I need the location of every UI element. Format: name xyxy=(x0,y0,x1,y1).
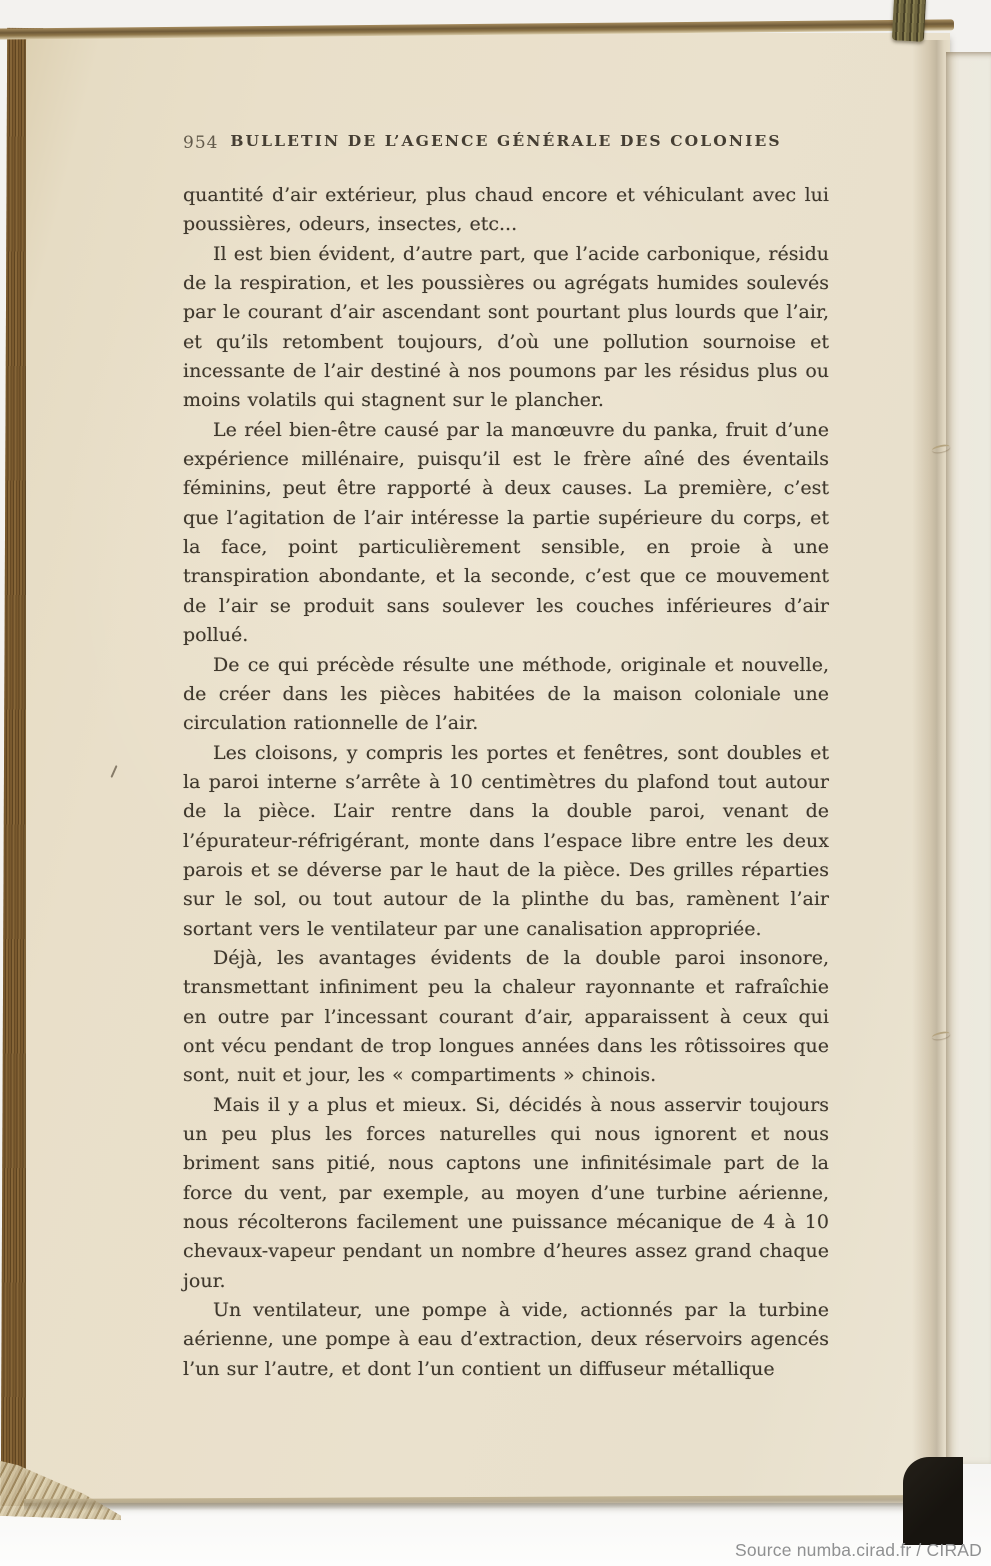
book-cover-corner xyxy=(903,1457,963,1545)
book-facing-page-curl xyxy=(946,52,991,1464)
paragraph: Les cloisons, y compris les portes et fe… xyxy=(183,739,829,944)
source-attribution: Source numba.cirad.fr / CIRAD xyxy=(735,1540,982,1561)
paragraph: Il est bien évident, d’autre part, que l… xyxy=(183,240,829,416)
body-text: quantité d’air extérieur, plus chaud enc… xyxy=(183,181,829,1384)
running-head: 954 BULLETIN DE L’AGENCE GÉNÉRALE DES CO… xyxy=(183,131,829,155)
paragraph: Mais il y a plus et mieux. Si, décidés à… xyxy=(183,1091,829,1296)
printed-page-content: 954 BULLETIN DE L’AGENCE GÉNÉRALE DES CO… xyxy=(183,131,829,1384)
paragraph: quantité d’air extérieur, plus chaud enc… xyxy=(183,181,829,240)
running-title: BULLETIN DE L’AGENCE GÉNÉRALE DES COLONI… xyxy=(183,131,829,150)
paragraph: Un ventilateur, une pompe à vide, action… xyxy=(183,1296,829,1384)
paragraph: Le réel bien-être causé par la manœuvre … xyxy=(183,416,829,651)
paragraph: De ce qui précède résulte une méthode, o… xyxy=(183,651,829,739)
book-headband xyxy=(892,0,926,42)
scanned-book-page: 954 BULLETIN DE L’AGENCE GÉNÉRALE DES CO… xyxy=(0,0,991,1566)
paragraph: Déjà, les avantages évidents de la doubl… xyxy=(183,944,829,1091)
book-page-edge-bottom xyxy=(24,1495,926,1511)
